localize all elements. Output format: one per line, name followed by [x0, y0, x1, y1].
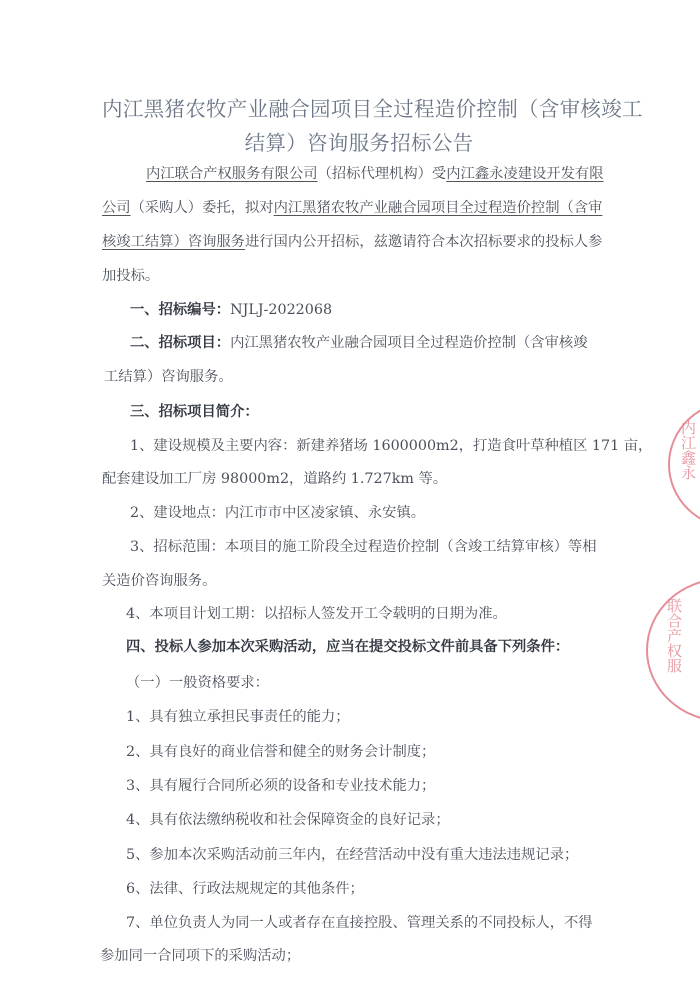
project-name-part1: 内江黑猪农牧产业融合园项目全过程造价控制（含审: [274, 200, 603, 216]
s4-item5: 5、参加本次采购活动前三年内，在经营活动中没有重大违法违规记录；: [126, 845, 578, 865]
s3-item3-line2: 关造价咨询服务。: [102, 571, 216, 591]
project-name-part2: 核竣工结算）咨询服务: [102, 234, 245, 250]
s4-item4: 4、具有依法缴纳税收和社会保障资金的良好记录；: [126, 810, 450, 830]
s4-item1: 1、具有独立承担民事责任的能力；: [126, 707, 350, 727]
section1-label: 一、招标编号：: [130, 302, 230, 318]
section2-label: 二、招标项目：: [130, 335, 230, 351]
section2-value-2: 工结算）咨询服务。: [104, 367, 233, 387]
s4-item7-line1: 7、单位负责人为同一人或者存在直接控股、管理关系的不同投标人，不得: [126, 913, 593, 933]
intro-line4: 加投标。: [102, 266, 159, 286]
s4-item2: 2、具有良好的商业信誉和健全的财务会计制度；: [126, 742, 435, 762]
intro-line2: 公司（采购人）委托，拟对内江黑猪农牧产业融合园项目全过程造价控制（含审: [102, 198, 602, 218]
seal-text-purchaser: 内江鑫永: [678, 420, 699, 480]
section4-label: 四、投标人参加本次采购活动，应当在提交投标文件前具备下列条件：: [126, 637, 569, 657]
document-title-line1: 内江黑猪农牧产业融合园项目全过程造价控制（含审核竣工: [102, 92, 602, 122]
intro-tail1: 进行国内公开招标，兹邀请符合本次招标要求的投标人参: [245, 234, 602, 250]
s4-item3: 3、具有履行合同所必须的设备和专业技术能力；: [126, 776, 435, 796]
section1: 一、招标编号：NJLJ-2022068: [130, 300, 332, 320]
agency-role: （招标代理机构）受: [318, 166, 447, 182]
document-title-line2: 结算）咨询服务招标公告: [0, 126, 700, 156]
s3-item2: 2、建设地点：内江市市中区凌家镇、永安镇。: [130, 503, 425, 523]
tender-number: NJLJ-2022068: [230, 302, 332, 318]
seal-text-agency: 联合产权服: [664, 598, 685, 673]
purchaser-role: （采购人）委托，拟对: [131, 200, 274, 216]
intro-line3: 核竣工结算）咨询服务进行国内公开招标，兹邀请符合本次招标要求的投标人参: [102, 232, 602, 252]
s4-item7-line2: 参加同一合同项下的采购活动；: [100, 946, 300, 966]
intro-line1: 内江联合产权服务有限公司（招标代理机构）受内江鑫永凌建设开发有限: [146, 164, 604, 184]
section2: 二、招标项目：内江黑猪农牧产业融合园项目全过程造价控制（含审核竣: [130, 333, 588, 353]
purchaser-name-part1: 内江鑫永凌建设开发有限: [446, 166, 603, 182]
agency-name: 内江联合产权服务有限公司: [146, 166, 318, 182]
s3-item3-line1: 3、招标范围：本项目的施工阶段全过程造价控制（含竣工结算审核）等相: [130, 537, 597, 557]
purchaser-name-part2: 公司: [102, 200, 131, 216]
s3-item1-line1: 1、建设规模及主要内容：新建养猪场 1600000m2，打造食叶草种植区 171…: [130, 436, 652, 456]
s3-item1-line2: 配套建设加工厂房 98000m2，道路约 1.727km 等。: [102, 469, 447, 489]
section4-sub-label: （一）一般资格要求：: [126, 673, 269, 693]
document-page: 内江黑猪农牧产业融合园项目全过程造价控制（含审核竣工 结算）咨询服务招标公告 内…: [0, 0, 700, 990]
s3-item4: 4、本项目计划工期：以招标人签发开工令载明的日期为准。: [126, 604, 507, 624]
s4-item6: 6、法律、行政法规规定的其他条件；: [126, 879, 364, 899]
section3-label: 三、招标项目简介：: [130, 402, 259, 422]
section2-value-1: 内江黑猪农牧产业融合园项目全过程造价控制（含审核竣: [230, 335, 587, 351]
